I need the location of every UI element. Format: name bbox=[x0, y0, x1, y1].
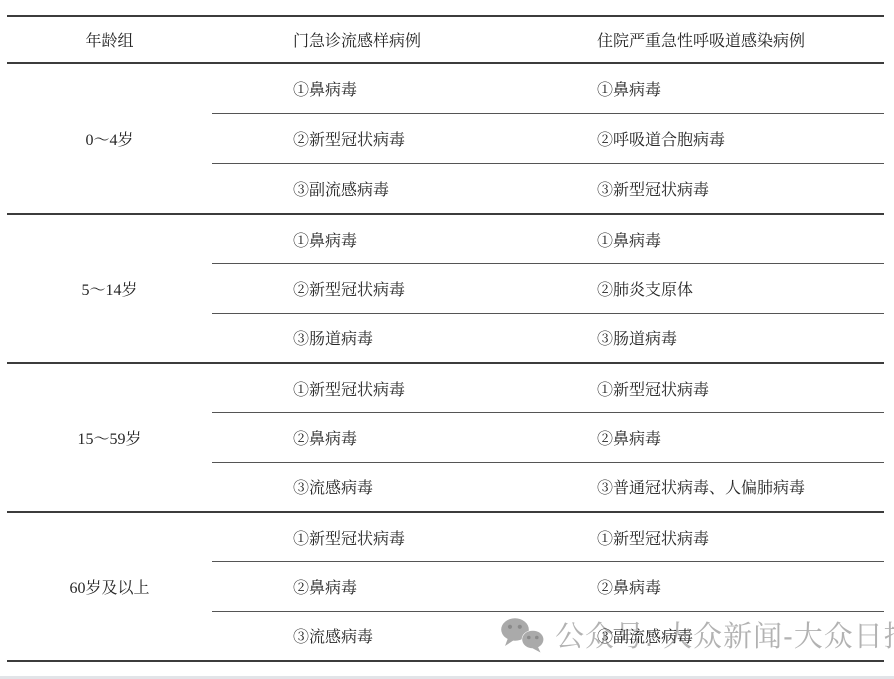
col-header-age-group: 年龄组 bbox=[7, 17, 212, 62]
pathogen-surveillance-table: 年龄组 门急诊流感样病例 住院严重急性呼吸道感染病例 0～4岁 ①鼻病毒 ①鼻病… bbox=[7, 15, 884, 662]
outpatient-cell: ①新型冠状病毒 bbox=[212, 377, 517, 400]
inpatient-cell: ②呼吸道合胞病毒 bbox=[517, 127, 884, 150]
table-row: ②鼻病毒 ②鼻病毒 bbox=[212, 561, 884, 610]
outpatient-cell: ①鼻病毒 bbox=[212, 77, 517, 100]
col-header-outpatient-ili: 门急诊流感样病例 bbox=[212, 28, 517, 51]
outpatient-cell: ①鼻病毒 bbox=[212, 228, 517, 251]
table-row: ②鼻病毒 ②鼻病毒 bbox=[212, 412, 884, 461]
table-row: ③流感病毒 ③普通冠状病毒、人偏肺病毒 bbox=[212, 462, 884, 511]
outpatient-cell: ③肠道病毒 bbox=[212, 326, 517, 349]
table-row: ③肠道病毒 ③肠道病毒 bbox=[212, 313, 884, 362]
outpatient-cell: ③流感病毒 bbox=[212, 475, 517, 498]
table-row: ③流感病毒 ③副流感病毒 bbox=[212, 611, 884, 660]
age-group-15-59: 15～59岁 ①新型冠状病毒 ①新型冠状病毒 ②鼻病毒 ②鼻病毒 ③流感病毒 ③… bbox=[7, 362, 884, 511]
col-header-hospitalized-sari: 住院严重急性呼吸道感染病例 bbox=[517, 28, 884, 51]
table-row: ①鼻病毒 ①鼻病毒 bbox=[212, 215, 884, 263]
age-label: 60岁及以上 bbox=[7, 513, 212, 660]
outpatient-cell: ③副流感病毒 bbox=[212, 177, 517, 200]
inpatient-cell: ③新型冠状病毒 bbox=[517, 177, 884, 200]
outpatient-cell: ②鼻病毒 bbox=[212, 575, 517, 598]
age-group-60-plus: 60岁及以上 ①新型冠状病毒 ①新型冠状病毒 ②鼻病毒 ②鼻病毒 ③流感病毒 ③… bbox=[7, 511, 884, 660]
inpatient-cell: ①鼻病毒 bbox=[517, 77, 884, 100]
age-label: 5～14岁 bbox=[7, 215, 212, 362]
inpatient-cell: ③普通冠状病毒、人偏肺病毒 bbox=[517, 475, 884, 498]
outpatient-cell: ②新型冠状病毒 bbox=[212, 127, 517, 150]
age-group-0-4: 0～4岁 ①鼻病毒 ①鼻病毒 ②新型冠状病毒 ②呼吸道合胞病毒 ③副流感病毒 ③… bbox=[7, 64, 884, 213]
inpatient-cell: ②肺炎支原体 bbox=[517, 277, 884, 300]
group-rows: ①新型冠状病毒 ①新型冠状病毒 ②鼻病毒 ②鼻病毒 ③流感病毒 ③副流感病毒 bbox=[212, 513, 884, 660]
inpatient-cell: ①新型冠状病毒 bbox=[517, 377, 884, 400]
age-label: 0～4岁 bbox=[7, 64, 212, 213]
table-row: ①新型冠状病毒 ①新型冠状病毒 bbox=[212, 513, 884, 561]
inpatient-cell: ①新型冠状病毒 bbox=[517, 526, 884, 549]
group-rows: ①鼻病毒 ①鼻病毒 ②新型冠状病毒 ②呼吸道合胞病毒 ③副流感病毒 ③新型冠状病… bbox=[212, 64, 884, 213]
inpatient-cell: ②鼻病毒 bbox=[517, 575, 884, 598]
inpatient-cell: ③肠道病毒 bbox=[517, 326, 884, 349]
outpatient-cell: ③流感病毒 bbox=[212, 624, 517, 647]
table-header-row: 年龄组 门急诊流感样病例 住院严重急性呼吸道感染病例 bbox=[7, 17, 884, 64]
page: 公众号: 大众新闻-大众日报 年龄组 门急诊流感样病例 住院严重急性呼吸道感染病… bbox=[0, 0, 894, 679]
inpatient-cell: ③副流感病毒 bbox=[517, 624, 884, 647]
group-rows: ①鼻病毒 ①鼻病毒 ②新型冠状病毒 ②肺炎支原体 ③肠道病毒 ③肠道病毒 bbox=[212, 215, 884, 362]
outpatient-cell: ①新型冠状病毒 bbox=[212, 526, 517, 549]
table-row: ③副流感病毒 ③新型冠状病毒 bbox=[212, 163, 884, 213]
table-row: ①新型冠状病毒 ①新型冠状病毒 bbox=[212, 364, 884, 412]
inpatient-cell: ②鼻病毒 bbox=[517, 426, 884, 449]
outpatient-cell: ②新型冠状病毒 bbox=[212, 277, 517, 300]
age-label: 15～59岁 bbox=[7, 364, 212, 511]
inpatient-cell: ①鼻病毒 bbox=[517, 228, 884, 251]
table-row: ②新型冠状病毒 ②呼吸道合胞病毒 bbox=[212, 113, 884, 163]
group-rows: ①新型冠状病毒 ①新型冠状病毒 ②鼻病毒 ②鼻病毒 ③流感病毒 ③普通冠状病毒、… bbox=[212, 364, 884, 511]
age-group-5-14: 5～14岁 ①鼻病毒 ①鼻病毒 ②新型冠状病毒 ②肺炎支原体 ③肠道病毒 ③肠道… bbox=[7, 213, 884, 362]
table-row: ②新型冠状病毒 ②肺炎支原体 bbox=[212, 263, 884, 312]
outpatient-cell: ②鼻病毒 bbox=[212, 426, 517, 449]
table-row: ①鼻病毒 ①鼻病毒 bbox=[212, 64, 884, 113]
